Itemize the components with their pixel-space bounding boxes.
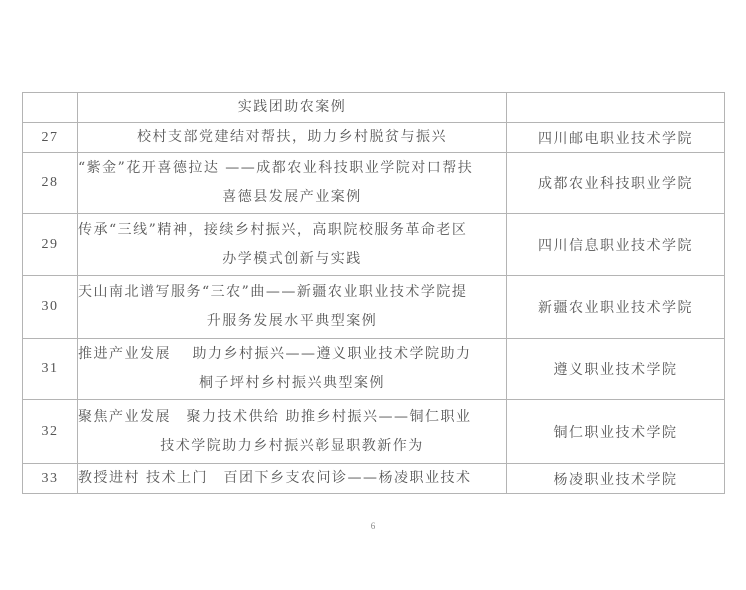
case-title: 天山南北谱写服务“三农”曲——新疆农业职业技术学院提 升服务发展水平典型案例 <box>78 276 507 339</box>
case-title: 聚焦产业发展 聚力技术供给 助推乡村振兴——铜仁职业 技术学院助力乡村振兴彰显职… <box>78 400 507 464</box>
case-title: 校村支部党建结对帮扶，助力乡村脱贫与振兴 <box>78 123 507 153</box>
case-title-line-2: 喜德县发展产业案例 <box>78 183 506 212</box>
table-row: 30 天山南北谱写服务“三农”曲——新疆农业职业技术学院提 升服务发展水平典型案… <box>23 276 725 339</box>
table-row: 31 推进产业发展 助力乡村振兴——遵义职业技术学院助力 桐子坪村乡村振兴典型案… <box>23 339 725 400</box>
case-title-line-2: 桐子坪村乡村振兴典型案例 <box>78 369 506 398</box>
row-number: 32 <box>23 400 78 464</box>
case-title-line-2: 办学模式创新与实践 <box>78 245 506 274</box>
case-title-line-1: 天山南北谱写服务“三农”曲——新疆农业职业技术学院提 <box>78 278 506 307</box>
row-number <box>23 93 78 123</box>
row-number: 27 <box>23 123 78 153</box>
case-title-line-2: 技术学院助力乡村振兴彰显职教新作为 <box>78 432 506 461</box>
case-title: 传承“三线”精神，接续乡村振兴，高职院校服务革命老区 办学模式创新与实践 <box>78 214 507 276</box>
case-title-line-1: 教授进村 技术上门 百团下乡支农问诊——杨凌职业技术 <box>78 464 506 493</box>
organization: 四川信息职业技术学院 <box>507 214 725 276</box>
case-title: 教授进村 技术上门 百团下乡支农问诊——杨凌职业技术 <box>78 464 507 494</box>
case-title-line-1: 推进产业发展 助力乡村振兴——遵义职业技术学院助力 <box>78 340 506 369</box>
case-title: “紫金”花开喜德拉达 ——成都农业科技职业学院对口帮扶 喜德县发展产业案例 <box>78 153 507 214</box>
table-row: 32 聚焦产业发展 聚力技术供给 助推乡村振兴——铜仁职业 技术学院助力乡村振兴… <box>23 400 725 464</box>
row-number: 28 <box>23 153 78 214</box>
case-list-table: 实践团助农案例 27 校村支部党建结对帮扶，助力乡村脱贫与振兴 四川邮电职业技术… <box>22 92 725 494</box>
organization <box>507 93 725 123</box>
document-page: 实践团助农案例 27 校村支部党建结对帮扶，助力乡村脱贫与振兴 四川邮电职业技术… <box>0 0 746 590</box>
organization: 成都农业科技职业学院 <box>507 153 725 214</box>
organization: 新疆农业职业技术学院 <box>507 276 725 339</box>
case-title-line-1: “紫金”花开喜德拉达 ——成都农业科技职业学院对口帮扶 <box>78 154 506 183</box>
table-row: 27 校村支部党建结对帮扶，助力乡村脱贫与振兴 四川邮电职业技术学院 <box>23 123 725 153</box>
page-number: 6 <box>0 521 746 531</box>
organization: 遵义职业技术学院 <box>507 339 725 400</box>
organization: 铜仁职业技术学院 <box>507 400 725 464</box>
table-row: 33 教授进村 技术上门 百团下乡支农问诊——杨凌职业技术 杨凌职业技术学院 <box>23 464 725 494</box>
case-title-line-1: 传承“三线”精神，接续乡村振兴，高职院校服务革命老区 <box>78 216 506 245</box>
table-row: 28 “紫金”花开喜德拉达 ——成都农业科技职业学院对口帮扶 喜德县发展产业案例… <box>23 153 725 214</box>
organization: 四川邮电职业技术学院 <box>507 123 725 153</box>
row-number: 29 <box>23 214 78 276</box>
row-number: 30 <box>23 276 78 339</box>
case-title-line-1: 聚焦产业发展 聚力技术供给 助推乡村振兴——铜仁职业 <box>78 403 506 432</box>
table-row: 29 传承“三线”精神，接续乡村振兴，高职院校服务革命老区 办学模式创新与实践 … <box>23 214 725 276</box>
organization: 杨凌职业技术学院 <box>507 464 725 494</box>
case-title-line-2: 升服务发展水平典型案例 <box>78 307 506 336</box>
case-title: 实践团助农案例 <box>78 93 507 123</box>
table-row-continuation: 实践团助农案例 <box>23 93 725 123</box>
case-title: 推进产业发展 助力乡村振兴——遵义职业技术学院助力 桐子坪村乡村振兴典型案例 <box>78 339 507 400</box>
row-number: 31 <box>23 339 78 400</box>
row-number: 33 <box>23 464 78 494</box>
